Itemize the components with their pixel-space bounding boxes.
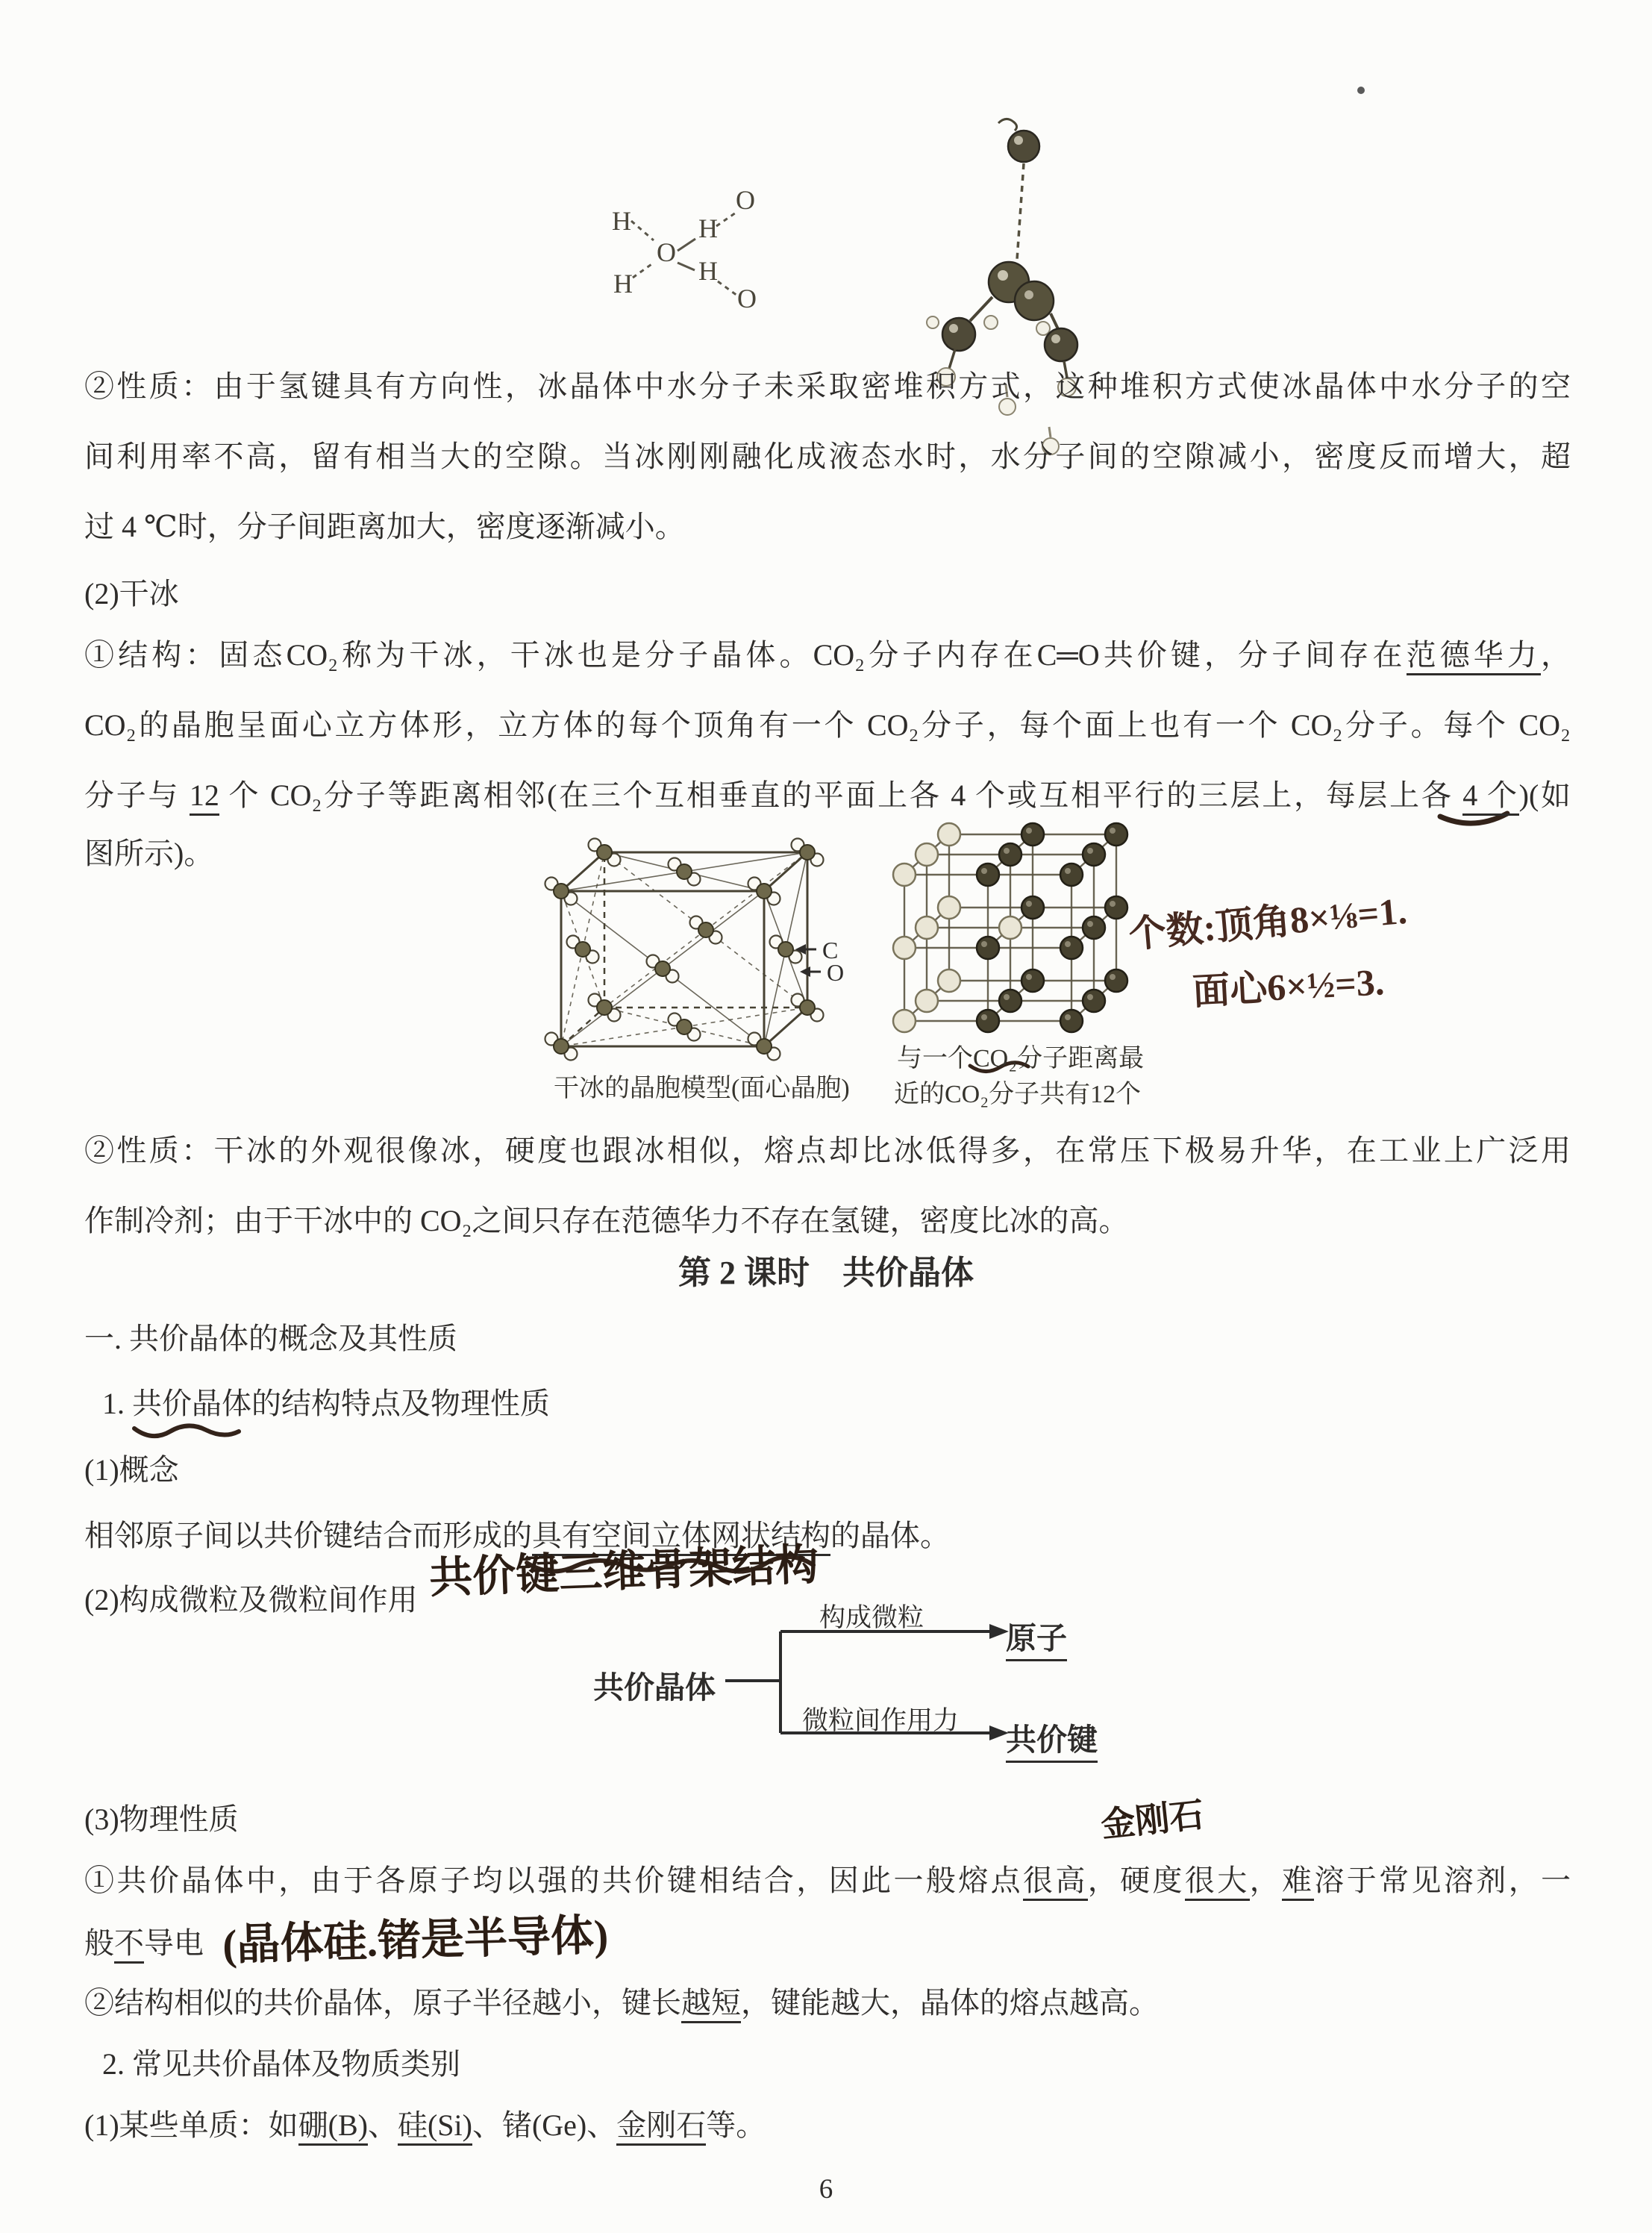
line-dryice-prop-2: 作制冷剂；由于干冰中的 CO₂之间只存在范德华力不存在氢键，密度比冰的高。 <box>84 1202 1571 1240</box>
flow-branch1-label: 构成微粒 <box>819 1597 924 1634</box>
h-atom-label: H <box>612 206 631 236</box>
line-structure-1: ①结构：固态CO₂称为干冰，干冰也是分子晶体。CO₂分子内存在C═O共价键，分子… <box>84 636 1571 675</box>
h-atom-label: H <box>698 256 718 286</box>
line-dry-ice-label: (2)干冰 <box>84 575 1571 613</box>
lesson-heading: 第 2 课时 共价晶体 <box>0 1254 1652 1293</box>
line-structure-2: CO₂的晶胞呈面心立方体形，立方体的每个顶角有一个 CO₂分子，每个面上也有一个… <box>84 706 1571 745</box>
line-phys-label: (3)物理性质 <box>84 1800 1571 1839</box>
flow-root-covalent-crystal: 共价晶体 <box>593 1663 716 1707</box>
o-atom-label: O <box>827 959 844 986</box>
line-section-2: 2. 常见共价晶体及物质类别 <box>102 2045 1589 2084</box>
line-simple-substances: (1)某些单质：如硼(B)、硅(Si)、锗(Ge)、金刚石等。 <box>84 2106 1571 2145</box>
handwritten-semiconductor-note: (晶体硅.锗是半导体) <box>222 1899 609 1973</box>
lattice-caption-line1: 与一个CO₂分子距离最 <box>897 1037 1144 1074</box>
line-phys-1a: ①共价晶体中，由于各原子均以强的共价键相结合，因此一般熔点很高，硬度很大，难溶于… <box>84 1861 1571 1900</box>
o-atom-label: O <box>657 237 676 267</box>
lattice-caption-line2: 近的CO₂分子共有12个 <box>894 1073 1141 1110</box>
water-hydrogen-bond-diagram: H O H O H H O <box>612 185 757 313</box>
line-ice-properties-1: ②性质：由于氢键具有方向性，冰晶体中水分子未采取密堆积方式，这种堆积方式使冰晶体… <box>84 367 1571 406</box>
unit-cell-caption: 干冰的晶胞模型(面心晶胞) <box>554 1067 850 1104</box>
page-number: 6 <box>0 2170 1652 2209</box>
flow-branch2-label: 微粒间作用力 <box>802 1700 959 1737</box>
scan-speck <box>1357 87 1365 94</box>
unit-cell-atom-labels: C O <box>795 937 844 986</box>
line-dryice-prop-1: ②性质：干冰的外观很像冰，硬度也跟冰相似，熔点却比冰低得多，在常压下极易升华，在… <box>84 1131 1571 1170</box>
line-phys-2: ②结构相似的共价晶体，原子半径越小，键长越短，键能越大，晶体的熔点越高。 <box>84 1984 1571 2023</box>
line-section-1: 一. 共价晶体的概念及其性质 <box>84 1319 1571 1358</box>
flow-branch2-target-covalent-bond: 共价键 <box>1006 1715 1098 1763</box>
line-structure-3: 分子与 12 个 CO₂分子等距离相邻(在三个互相垂直的平面上各 4 个或互相平… <box>84 776 1571 815</box>
h-atom-label: H <box>613 269 633 299</box>
line-ice-properties-2: 间利用率不高，留有相当大的空隙。当冰刚刚融化成液态水时，水分子间的空隙减小，密度… <box>84 437 1571 476</box>
line-concept-label: (1)概念 <box>84 1451 1571 1490</box>
o-atom-label: O <box>736 185 755 215</box>
h-atom-label: H <box>698 213 718 243</box>
line-item-1: 1. 共价晶体的结构特点及物理性质 <box>102 1384 1589 1423</box>
line-concept-def: 相邻原子间以共价键结合而形成的具有空间立体网状结构的晶体。 <box>84 1517 1571 1555</box>
line-structure-4: 图所示)。 <box>84 834 1571 873</box>
line-ice-properties-3: 过 4 ℃时，分子间距离加大，密度逐渐减小。 <box>84 507 1571 546</box>
flow-branch1-target-atom: 原子 <box>1006 1614 1067 1661</box>
o-atom-label: O <box>737 284 757 313</box>
handwritten-count-note-2: 面心6×½=3. <box>1191 952 1385 1015</box>
document-page: H O H O H H O <box>0 0 1652 2233</box>
